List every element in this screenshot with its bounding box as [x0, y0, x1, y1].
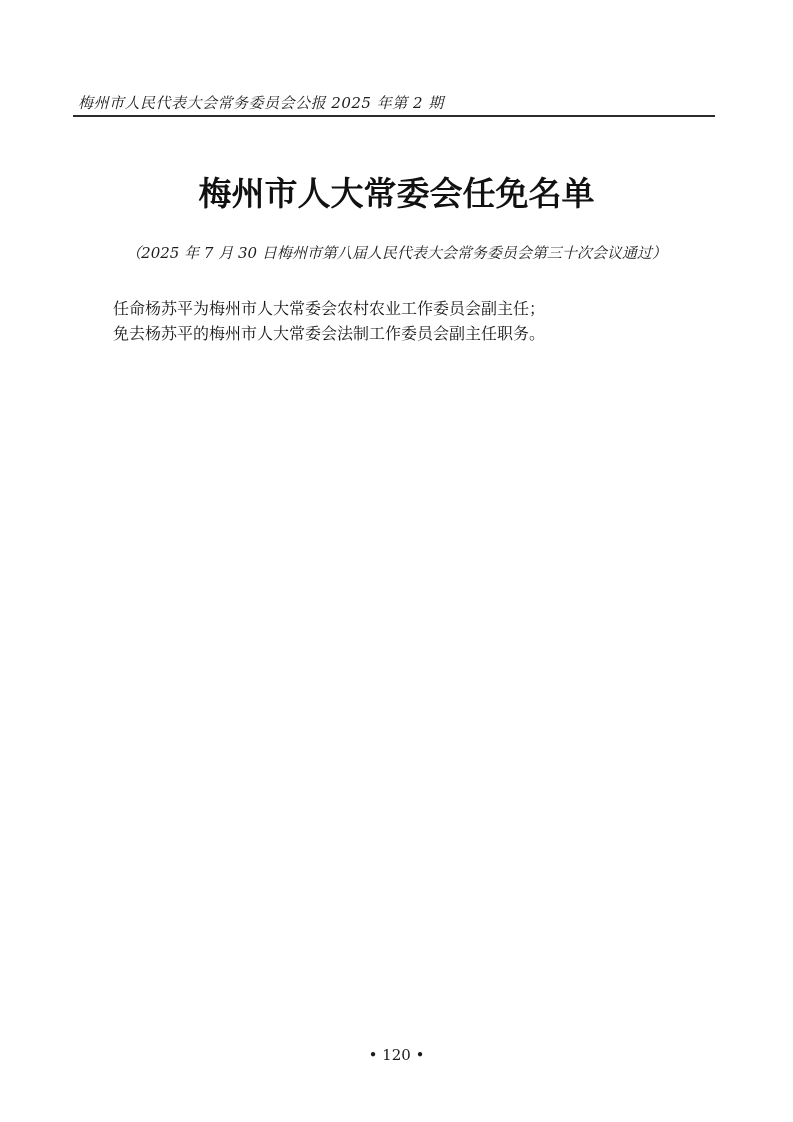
- document-body: 任命杨苏平为梅州市人大常委会农村农业工作委员会副主任； 免去杨苏平的梅州市人大常…: [81, 296, 708, 346]
- paragraph-removal: 免去杨苏平的梅州市人大常委会法制工作委员会副主任职务。: [81, 321, 708, 346]
- paragraph-appointment: 任命杨苏平为梅州市人大常委会农村农业工作委员会副主任；: [81, 296, 708, 321]
- page-title: 梅州市人大常委会任免名单: [0, 168, 793, 215]
- header-divider: [73, 115, 715, 117]
- running-head: 梅州市人民代表大会常务委员会公报 2025 年第 2 期: [78, 92, 444, 113]
- page-number: • 120 •: [0, 1046, 793, 1064]
- adoption-note: （2025 年 7 月 30 日梅州市第八届人民代表大会常务委员会第三十次会议通…: [0, 242, 793, 263]
- gazette-page: 梅州市人民代表大会常务委员会公报 2025 年第 2 期 梅州市人大常委会任免名…: [0, 0, 793, 1122]
